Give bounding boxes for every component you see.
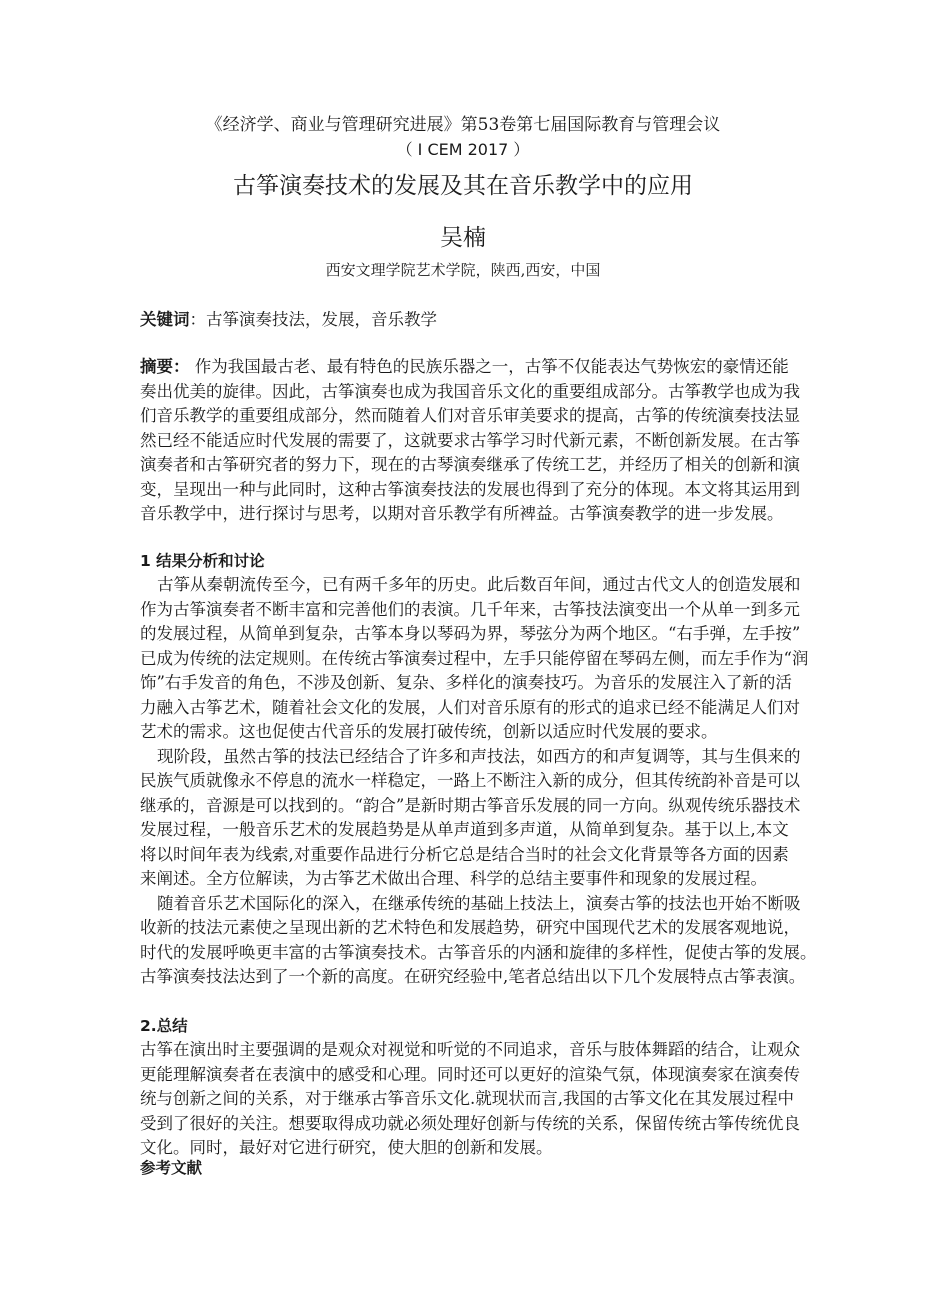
abstract-line: 摘要： 作为我国最古老、最有特色的民族乐器之一，古筝不仅能表达气势恢宏的豪情还能 [140, 355, 788, 380]
abstract-label: 摘要： [140, 357, 190, 376]
abstract-line: 们音乐教学的重要组成部分，然而随着人们对音乐审美要求的提高，古筝的传统演奏技法显 [140, 404, 788, 429]
section-2: 2.总结 古筝在演出时主要强调的是观众对视觉和听觉的不同追求，音乐与肢体舞蹈的结… [140, 1014, 788, 1161]
body-line: 古筝演奏技法达到了一个新的高度。在研究经验中,笔者总结出以下几个发展特点古筝表演… [140, 965, 788, 990]
body-line: 更能理解演奏者在表演中的感受和心理。同时还可以更好的渲染气氛，体现演奏家在演奏传 [140, 1063, 788, 1088]
references-heading: 参考文献 [140, 1156, 788, 1180]
body-line: 继承的，音源是可以找到的。“韵合”是新时期古筝音乐发展的同一方向。纵观传统乐器技… [140, 794, 788, 819]
section-1: 1 结果分析和讨论 古筝从秦朝流传至今，已有两千多年的历史。此后数百年间，通过古… [140, 549, 788, 990]
body-line: 饰”右手发音的角色，不涉及创新、复杂、多样化的演奏技巧。为音乐的发展注入了新的活 [140, 671, 788, 696]
author-affiliation: 西安文理学院艺术学院，陕西,西安，中国 [0, 259, 926, 281]
keywords-text: 古筝演奏技法，发展，音乐教学 [206, 310, 437, 329]
body-line: 的发展过程，从简单到复杂，古筝本身以琴码为界，琴弦分为两个地区。“右手弹，左手按… [140, 622, 788, 647]
abstract-line: 然已经不能适应时代发展的需要了，这就要求古筝学习时代新元素，不断创新发展。在古筝 [140, 429, 788, 454]
body-line: 受到了很好的关注。想要取得成功就必须处理好创新与传统的关系，保留传统古筝传统优良 [140, 1112, 788, 1137]
body-line: 发展过程，一般音乐艺术的发展趋势是从单声道到多声道，从简单到复杂。基于以上,本文 [140, 818, 788, 843]
paper-title: 古筝演奏技术的发展及其在音乐教学中的应用 [0, 169, 926, 203]
keywords-section: 关键词：古筝演奏技法，发展，音乐教学 [140, 308, 788, 333]
body-line: 收新的技法元素使之呈现出新的艺术特色和发展趋势，研究中国现代艺术的发展客观地说， [140, 916, 788, 941]
abstract-line: 奏出优美的旋律。因此，古筝演奏也成为我国音乐文化的重要组成部分。古筝教学也成为我 [140, 380, 788, 405]
author-name: 吴楠 [0, 221, 926, 255]
body-line: 艺术的需求。这也促使古代音乐的发展打破传统，创新以适应时代发展的要求。 [140, 720, 788, 745]
conference-label: （ I CEM 2017 ） [0, 138, 926, 162]
body-line: 随着音乐艺术国际化的深入，在继承传统的基础上技法上，演奏古筝的技法也开始不断吸 [140, 892, 788, 917]
abstract-section: 摘要： 作为我国最古老、最有特色的民族乐器之一，古筝不仅能表达气势恢宏的豪情还能… [140, 355, 788, 527]
keywords-colon: ： [190, 310, 207, 329]
body-line: 已成为传统的法定规则。在传统古筝演奏过程中，左手只能停留在琴码左侧，而左手作为“… [140, 647, 788, 672]
body-line: 来阐述。全方位解读，为古筝艺术做出合理、科学的总结主要事件和现象的发展过程。 [140, 867, 788, 892]
abstract-line: 音乐教学中，进行探讨与思考，以期对音乐教学有所裨益。古筝演奏教学的进一步发展。 [140, 502, 788, 527]
body-line: 古筝从秦朝流传至今，已有两千多年的历史。此后数百年间，通过古代文人的创造发展和 [140, 573, 788, 598]
body-line: 古筝在演出时主要强调的是观众对视觉和听觉的不同追求，音乐与肢体舞蹈的结合，让观众 [140, 1038, 788, 1063]
body-line: 时代的发展呼唤更丰富的古筝演奏技术。古筝音乐的内涵和旋律的多样性，促使古筝的发展… [140, 941, 788, 966]
body-line: 作为古筝演奏者不断丰富和完善他们的表演。几千年来，古筝技法演变出一个从单一到多元 [140, 598, 788, 623]
section-2-heading: 2.总结 [140, 1014, 788, 1038]
paper-page: 《经济学、商业与管理研究进展》第53卷第七届国际教育与管理会议 （ I CEM … [0, 0, 926, 1309]
abstract-line: 演奏者和古筝研究者的努力下，现在的古琴演奏继承了传统工艺，并经历了相关的创新和演 [140, 453, 788, 478]
body-line: 现阶段，虽然古筝的技法已经结合了许多和声技法，如西方的和声复调等，其与生俱来的 [140, 745, 788, 770]
body-line: 力融入古筝艺术，随着社会文化的发展，人们对音乐原有的形式的追求已经不能满足人们对 [140, 696, 788, 721]
body-line: 统与创新之间的关系，对于继承古筝音乐文化.就现状而言,我国的古筝文化在其发展过程… [140, 1087, 788, 1112]
keywords-label: 关键词 [140, 310, 190, 329]
abstract-line: 变，呈现出一种与此同时，这种古筝演奏技法的发展也得到了充分的体现。本文将其运用到 [140, 478, 788, 503]
body-line: 将以时间年表为线索,对重要作品进行分析它总是结合当时的社会文化背景等各方面的因素 [140, 843, 788, 868]
journal-header: 《经济学、商业与管理研究进展》第53卷第七届国际教育与管理会议 [0, 113, 926, 137]
section-1-heading: 1 结果分析和讨论 [140, 549, 788, 573]
references-section: 参考文献 [140, 1156, 788, 1180]
body-line: 民族气质就像永不停息的流水一样稳定，一路上不断注入新的成分，但其传统韵补音是可以 [140, 769, 788, 794]
